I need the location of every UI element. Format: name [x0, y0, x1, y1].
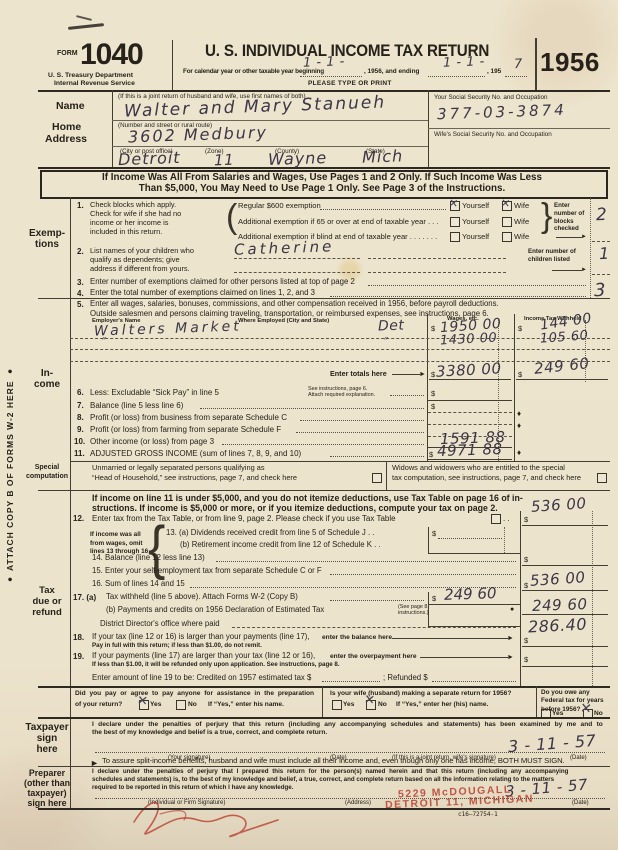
line13a-text: 13. (a) Dividends received credit from l…: [166, 529, 374, 538]
widows-text2: tax computation, see instructions, page …: [392, 474, 581, 483]
label-text: sign: [37, 733, 58, 744]
blocks-checked-note: Enter number of blocks checked: [554, 202, 592, 233]
section-label-preparer2: (other than: [24, 778, 70, 788]
blocks-checked-value: 2: [596, 205, 608, 225]
dollar-sign: $: [518, 325, 522, 334]
line8-number: 8.: [77, 413, 84, 422]
where1-value: Det: [378, 318, 405, 335]
line19-bold: enter the overpayment here: [330, 653, 416, 661]
tax-table-note2: structions. If income is $5,000 or more,…: [92, 503, 498, 513]
line19-number: 19.: [73, 652, 84, 661]
staple-mark: [76, 15, 92, 21]
check-mark: ✕: [363, 692, 375, 708]
form-word: FORM: [57, 50, 78, 58]
arrow-line: [556, 237, 582, 238]
underline: [522, 590, 608, 591]
children-names-value: Catherine: [234, 237, 335, 258]
rule: [38, 686, 610, 688]
arrow-head: ►: [507, 654, 514, 662]
section-label-tax: Tax: [24, 585, 70, 596]
leader: [390, 395, 424, 396]
cents-divider: [592, 511, 593, 686]
label-text: Preparer: [29, 768, 65, 778]
yourself-label: Yourself: [462, 218, 489, 227]
line8-text: Profit (or loss) from business from sepa…: [90, 413, 287, 422]
line17-number: 17. (a): [73, 593, 96, 602]
fill-dash: [232, 627, 516, 628]
leader: [222, 444, 424, 445]
box-bottom: [428, 553, 520, 554]
zone-value: 11: [214, 151, 235, 170]
line13b-text: (b) Retirement income credit from line 1…: [180, 541, 381, 550]
fill-line: [428, 76, 485, 77]
label-text: (other than: [24, 778, 70, 788]
leader: [322, 681, 380, 682]
label-text: sign here: [27, 798, 66, 808]
divider: [428, 527, 429, 553]
line6-paren2: Attach required explanation.: [308, 392, 375, 398]
checkbox-wife-blind: [502, 232, 512, 242]
ssn-label: Your Social Security No. and Occupation: [434, 94, 548, 101]
section-label-exemptions: Exemp-: [24, 228, 70, 239]
divider: [386, 461, 387, 490]
fill-line: [505, 76, 527, 77]
print-code: c16—72754-1: [458, 812, 498, 819]
exemption-row1-label: Regular $600 exemption: [238, 202, 321, 211]
label-text: Taxpayer: [25, 722, 68, 733]
check-mark: ✕: [500, 197, 511, 211]
fill-dash: [592, 241, 610, 242]
street-value: 3602 Medbury: [128, 123, 269, 147]
fill-dash: [368, 258, 506, 259]
rule: [38, 490, 610, 491]
tax-table-note1: If income on line 11 is under $5,000, an…: [92, 493, 523, 503]
handwritten-end-date: 1 - 1 -: [443, 54, 485, 70]
line5-number: 5.: [77, 300, 84, 309]
handwritten-begin-date: 1 - 1 -: [303, 54, 345, 70]
tax-year: 1956: [540, 48, 600, 78]
leader: [438, 538, 502, 539]
leader: [216, 561, 516, 562]
yourself-label: Yourself: [462, 233, 489, 242]
address-label: Address: [45, 133, 87, 145]
divider: [427, 314, 428, 461]
line18-note: Pay in full with this return; if less th…: [92, 642, 262, 649]
city-value: Detroit: [118, 148, 181, 169]
form-number: 1040: [80, 38, 143, 73]
divider: [112, 90, 113, 167]
line18-text: If your tax (line 12 or 16) is larger th…: [92, 633, 310, 642]
address-caption: (Address): [345, 800, 371, 807]
row-line: [70, 349, 610, 350]
line7-text: Balance (line 5 less line 6): [90, 401, 183, 410]
children-listed-note: Enter number of children listed: [528, 248, 590, 264]
check-mark: ✕: [579, 700, 592, 717]
label-text: due or: [32, 596, 61, 607]
label-text: Special: [35, 464, 60, 471]
line1-number: 1.: [77, 201, 84, 210]
yourself-label: Yourself: [462, 202, 489, 211]
line7-number: 7.: [77, 401, 84, 410]
taxpayer-declaration1: I declare under the penalties of perjury…: [92, 721, 603, 729]
section-label-preparer: Preparer: [24, 768, 70, 778]
label-text: Tax: [39, 585, 55, 596]
withheld2-value: 105 60: [540, 328, 589, 346]
q1-no-label: No: [188, 701, 197, 709]
rule: [38, 808, 610, 810]
label-text: taxpayer): [27, 788, 66, 798]
checkbox-q1-no: [176, 700, 186, 710]
wife-label: Wife: [514, 218, 529, 227]
notice-line1: If Income Was All From Salaries and Wage…: [102, 172, 542, 183]
line9-text: Profit (or loss) from farming from separ…: [90, 425, 281, 434]
county-value: Wayne: [268, 148, 328, 169]
line17a-text: Tax withheld (line 5 above). Attach Form…: [106, 593, 298, 602]
leader: [330, 574, 516, 575]
underline: [429, 379, 511, 380]
rule: [38, 717, 610, 719]
attach-w2-note: ● ATTACH COPY B OF FORMS W-2 HERE ●: [6, 285, 16, 585]
totals-wages-value: 3380 00: [436, 359, 502, 380]
line9-number: 9.: [77, 425, 84, 434]
preparer-declaration2: schedules and statements) is, to the bes…: [92, 776, 554, 783]
line15-text: 15. Enter your self-employment tax from …: [92, 567, 322, 576]
divider: [520, 511, 521, 686]
totals-withheld-value: 249 60: [533, 354, 590, 378]
date-caption: (Date): [572, 800, 589, 807]
label-text: tions: [35, 239, 59, 250]
line3-text: Enter number of exemptions claimed for o…: [90, 278, 355, 287]
arrow-line: [392, 374, 420, 375]
section-label-tax3: refund: [24, 607, 70, 618]
checkbox-q2-yes: [332, 700, 342, 710]
children-listed-value: 1: [599, 244, 610, 263]
underline: [428, 400, 512, 401]
refunded-text: ; Refunded $: [383, 674, 428, 683]
underline: [428, 424, 512, 425]
line19-note: If less than $1.00, it will be refunded …: [92, 661, 340, 668]
leader: [330, 600, 424, 601]
wife-label: Wife: [514, 233, 529, 242]
dollar-sign: $: [524, 637, 528, 646]
fill-dash: [234, 272, 360, 273]
label-text: here: [36, 744, 57, 755]
diamond-bullet: ♦: [517, 409, 521, 418]
line2-number: 2.: [77, 247, 84, 256]
q1-text2: of your return?: [75, 701, 122, 709]
arrow-head: ►: [419, 371, 426, 379]
home-label: Home: [52, 121, 81, 133]
divider: [536, 686, 537, 717]
divider: [172, 40, 173, 90]
where2-ditto: ″: [384, 335, 389, 349]
scanned-tax-form-1040: FORM 1040 U. S. Treasury Department Inte…: [0, 0, 618, 850]
line10-text: Other income (or loss) from page 3: [90, 437, 214, 446]
label-text: come: [34, 379, 60, 390]
line1-intro4: included in this return.: [90, 228, 162, 237]
row-line: [70, 338, 610, 339]
credit-refund-text: Enter amount of line 19 to be: Credited …: [92, 674, 311, 683]
underline: [522, 525, 608, 526]
q2-no-label: No: [378, 701, 387, 709]
dollar-sign: $: [431, 403, 435, 412]
q1-yes-label: Yes: [150, 701, 161, 709]
section-label-taxpayer2: sign: [24, 733, 70, 744]
q2-text2: If “Yes,” enter her (his) name.: [396, 701, 488, 709]
q2-yes-label: Yes: [343, 701, 354, 709]
totals-label: Enter totals here: [330, 370, 387, 378]
dollar-sign: $: [432, 595, 436, 604]
head-of-household-text2: “Head of Household,” see instructions, p…: [92, 474, 297, 483]
line11-text: ADJUSTED GROSS INCOME (sum of lines 7, 8…: [90, 449, 301, 458]
leader: [300, 420, 424, 421]
dollar-sign: $: [431, 390, 435, 399]
calendar-year-text2: , 1956, and ending: [364, 68, 419, 76]
preparer-signature: [120, 786, 320, 842]
col-header-where: Where Employed (City and State): [238, 318, 329, 325]
divider: [322, 686, 323, 717]
agency-line2: Internal Revenue Service: [54, 80, 135, 88]
line16-value: 536 00: [529, 568, 586, 590]
line16-text: 16. Sum of lines 14 and 15: [92, 580, 185, 589]
ssn-value: 377-03-3874: [437, 101, 567, 124]
head-of-household-text1: Unmarried or legally separated persons q…: [92, 464, 265, 473]
underline: [428, 604, 520, 605]
rule: [70, 461, 610, 462]
signature-line: [95, 752, 605, 753]
underline: [516, 379, 608, 380]
dollar-sign: $: [431, 325, 435, 334]
type-or-print-note: PLEASE TYPE OR PRINT: [308, 80, 392, 87]
handwritten-end-year: 7: [514, 57, 523, 72]
section-label-taxpayer3: here: [24, 744, 70, 755]
section-label-taxpayer: Taxpayer: [24, 722, 70, 733]
bullet: ●: [510, 606, 514, 614]
underline: [522, 666, 608, 667]
arrow-head: ►: [581, 234, 587, 241]
fill-dash: [234, 258, 360, 259]
line17b-paren2: instructions.): [398, 610, 429, 616]
label-text: computation: [26, 473, 68, 480]
calendar-year-text3: , 195: [487, 68, 501, 76]
q2-text1: Is your wife (husband) making a separate…: [330, 690, 511, 698]
leader: [330, 456, 424, 457]
underline: [428, 459, 512, 460]
line19-text: If your payments (line 17) are larger th…: [92, 652, 315, 661]
arrow-head: ►: [581, 267, 587, 274]
arrow-head: ►: [507, 635, 514, 643]
arrow-line: [392, 638, 508, 639]
wife-label: Wife: [514, 202, 529, 211]
underline: [522, 565, 608, 566]
leader: [330, 296, 586, 297]
checkbox-yourself-65: [450, 217, 460, 227]
line17b-text: (b) Payments and credits on 1956 Declara…: [106, 606, 324, 615]
line18-number: 18.: [73, 633, 84, 642]
dollar-sign: $: [432, 530, 436, 539]
district-director-text: District Director's office where paid: [100, 620, 220, 629]
name-label: Name: [56, 100, 85, 112]
checkbox-wife-65: [502, 217, 512, 227]
preparer-declaration1: I declare under the penalties of perjury…: [92, 768, 568, 775]
label-text: refund: [32, 607, 62, 618]
check-mark: ✕: [448, 197, 459, 211]
rule: [428, 128, 610, 129]
checkbox-widow: [597, 473, 607, 483]
agency-line1: U. S. Treasury Department: [48, 72, 133, 80]
line17a-withheld-value: 249 60: [444, 584, 497, 604]
line6-number: 6.: [77, 388, 84, 397]
line5-text1: Enter all wages, salaries, bonuses, comm…: [90, 300, 499, 309]
leader: [200, 408, 424, 409]
section-label-special2: computation: [24, 473, 70, 480]
section-label-income: In-: [24, 368, 70, 379]
q1-text3: If “Yes,” enter his name.: [208, 701, 284, 709]
fill-dash: [368, 272, 506, 273]
line12-tax-value: 536 00: [530, 494, 587, 516]
balance-due-value: 286.40: [528, 614, 588, 636]
line14-text: 14. Balance (line 12 less line 13): [92, 554, 205, 563]
rule: [38, 90, 610, 92]
brace-close: }: [541, 197, 552, 236]
section-label-special: Special: [24, 464, 70, 471]
leader: [320, 209, 446, 210]
q1-text1: Did you pay or agree to pay anyone for a…: [75, 690, 314, 698]
notice-line2: Than $5,000, You May Need to Use Page 1 …: [139, 183, 505, 194]
arrow-line: [420, 657, 508, 658]
fill-line: [300, 76, 362, 77]
dollar-sign: $: [524, 516, 528, 525]
line3-number: 3.: [77, 278, 84, 287]
line12-text: Enter tax from the Tax Table, or from li…: [92, 514, 396, 523]
rule: [38, 766, 610, 767]
cents-divider: [504, 527, 505, 553]
both-must-sign-note: To assure split-income benefits, husband…: [102, 757, 565, 766]
line4-number: 4.: [77, 289, 84, 298]
date2-caption: (Date): [570, 755, 587, 762]
arrow-line: [552, 270, 582, 271]
checkbox-head-of-household: [372, 473, 382, 483]
underline: [522, 646, 608, 647]
dot-dot: . .: [503, 514, 510, 523]
wages2-value: 1430 00: [440, 331, 498, 349]
section-label-preparer4: sign here: [24, 798, 70, 808]
employer2-ditto: ″: [102, 335, 107, 349]
leader: [432, 681, 516, 682]
label-text: In-: [41, 368, 53, 379]
fill-dash: [592, 274, 610, 275]
row-line: [70, 361, 610, 362]
section-label-income2: come: [24, 379, 70, 390]
dollar-sign: $: [524, 556, 528, 565]
check-mark: ✕: [136, 693, 148, 709]
underline: [428, 412, 512, 413]
exemption-row2-label: Additional exemption if 65 or over at en…: [238, 218, 439, 227]
line11-number: 11.: [74, 449, 85, 458]
label-text: Exemp-: [29, 228, 65, 239]
checkbox-tax-table: [491, 514, 501, 524]
checkbox-yourself-blind: [450, 232, 460, 242]
brace-open: (: [226, 198, 237, 237]
section-label-preparer3: taxpayer): [24, 788, 70, 798]
line12-number: 12.: [73, 514, 84, 523]
line2-text3: address if different from yours.: [90, 265, 190, 274]
dollar-sign: $: [524, 656, 528, 665]
line4-text: Enter the total number of exemptions cla…: [90, 289, 315, 298]
diamond-bullet: ♦: [517, 448, 521, 457]
diamond-bullet: ♦: [517, 421, 521, 430]
taxpayer-declaration2: the best of my knowledge and belief is a…: [92, 729, 327, 737]
state-value: Mich: [362, 146, 404, 166]
line17-total-value: 249 60: [532, 595, 588, 615]
wife-ssn-label: Wife's Social Security No. and Occupatio…: [434, 131, 552, 138]
line6-text: Less: Excludable “Sick Pay” in line 5: [90, 388, 219, 397]
widows-text1: Widows and widowers who are entitled to …: [392, 464, 565, 473]
leader: [368, 285, 586, 286]
divider: [535, 38, 537, 90]
staple-mark: [68, 23, 104, 30]
section-label-exemptions2: tions: [24, 239, 70, 250]
divider: [514, 314, 515, 461]
adjusted-gross-income-value: 4971 88: [437, 440, 503, 460]
line18-bold: enter the balance here: [322, 634, 392, 642]
leader: [296, 432, 424, 433]
section-label-tax2: due or: [24, 596, 70, 607]
line10-number: 10.: [74, 437, 85, 446]
